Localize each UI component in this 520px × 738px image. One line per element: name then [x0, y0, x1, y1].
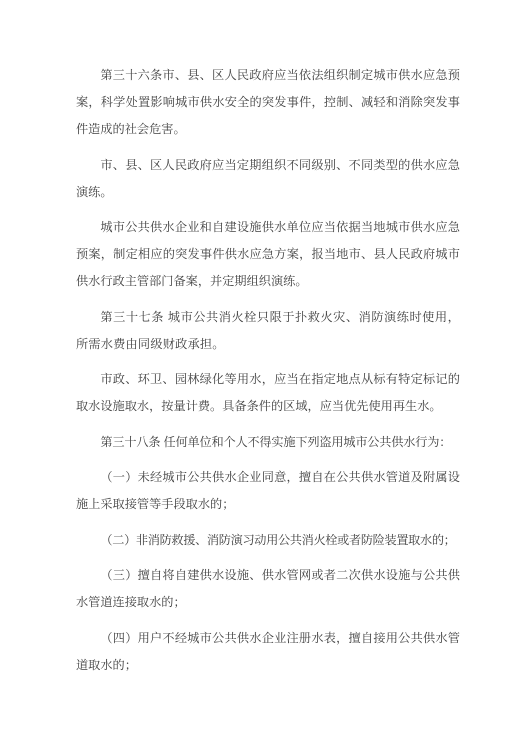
paragraph-article-36: 第三十六条市、县、区人民政府应当依法组织制定城市供水应急预案，科学处置影响城市供… — [76, 62, 460, 143]
paragraph-article-38-item-3: （三）擅自将自建供水设施、供水管网或者二次供水设施与公共供水管道连接取水的； — [76, 562, 460, 616]
document-body: 第三十六条市、县、区人民政府应当依法组织制定城市供水应急预案，科学处置影响城市供… — [76, 62, 460, 679]
paragraph-article-36-clause-3: 城市公共供水企业和自建设施供水单位应当依据当地城市供水应急预案，制定相应的突发事… — [76, 214, 460, 295]
paragraph-article-36-clause-2: 市、县、区人民政府应当定期组织不同级别、不同类型的供水应急演练。 — [76, 152, 460, 206]
paragraph-article-37-clause-2: 市政、环卫、园林绿化等用水，应当在指定地点从标有特定标记的取水设施取水，按量计费… — [76, 366, 460, 420]
document-page: 第三十六条市、县、区人民政府应当依法组织制定城市供水应急预案，科学处置影响城市供… — [0, 0, 520, 738]
paragraph-article-37: 第三十七条 城市公共消火栓只限于扑救火灾、消防演练时使用，所需水费由同级财政承担… — [76, 304, 460, 358]
paragraph-article-38-item-1: （一）未经城市公共供水企业同意，擅自在公共供水管道及附属设施上采取接管等手段取水… — [76, 464, 460, 518]
paragraph-article-38-item-2: （二）非消防救援、消防演习动用公共消火栓或者防险装置取水的； — [76, 527, 460, 554]
paragraph-article-38-item-4: （四）用户不经城市公共供水企业注册水表，擅自接用公共供水管道取水的； — [76, 625, 460, 679]
paragraph-article-38: 第三十八条 任何单位和个人不得实施下列盗用城市公共供水行为： — [76, 429, 460, 456]
